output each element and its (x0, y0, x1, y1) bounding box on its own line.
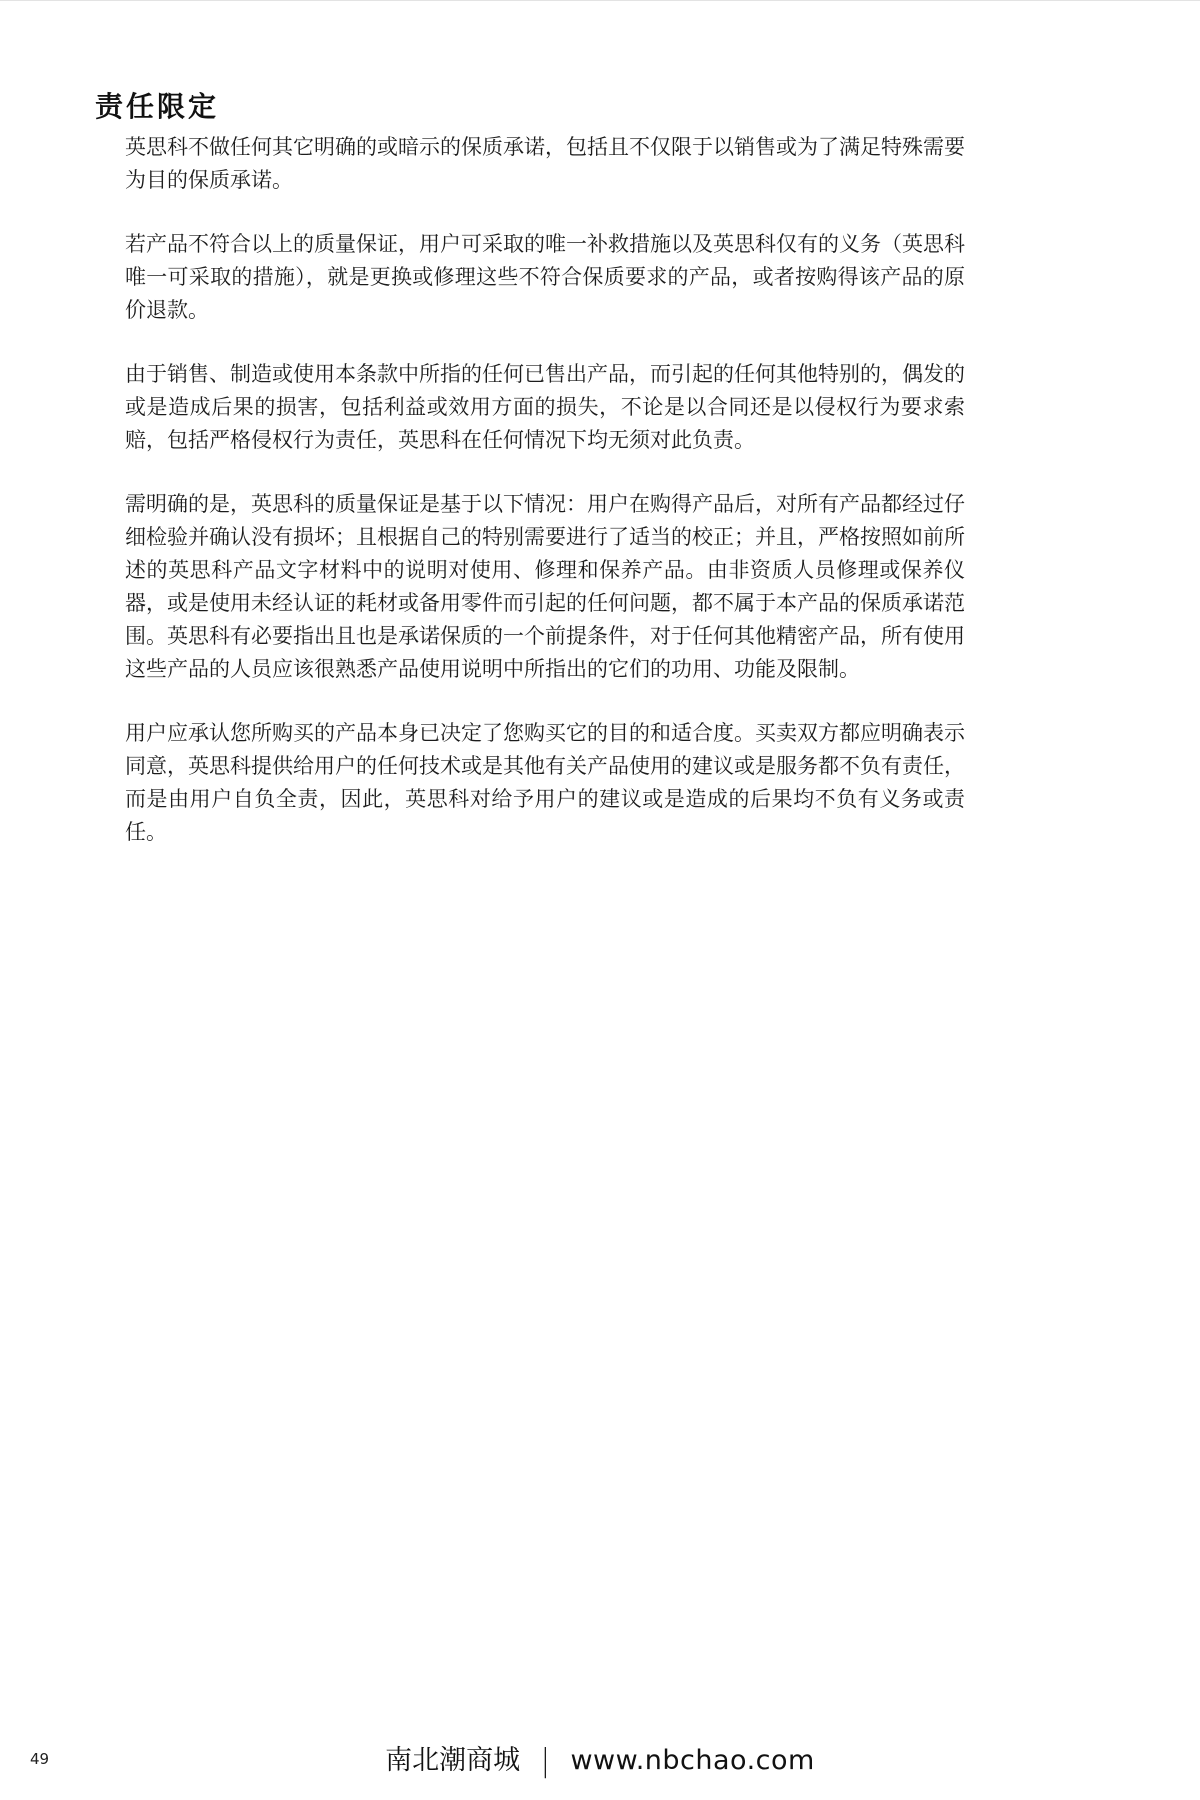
footer-watermark: 南北潮商城 | www.nbchao.com (0, 1738, 1200, 1777)
paragraph-warranty-disclaimer: 英思科不做任何其它明确的或暗示的保质承诺，包括且不仅限于以销售或为了满足特殊需要… (125, 131, 965, 197)
footer-separator: | (541, 1743, 550, 1779)
document-body: 英思科不做任何其它明确的或暗示的保质承诺，包括且不仅限于以销售或为了满足特殊需要… (125, 131, 965, 880)
footer-url-link[interactable]: www.nbchao.com (570, 1745, 814, 1776)
paragraph-user-acknowledgement: 用户应承认您所购买的产品本身已决定了您购买它的目的和适合度。买卖双方都应明确表示… (125, 717, 965, 849)
page-title: 责任限定 (95, 85, 219, 125)
paragraph-damages: 由于销售、制造或使用本条款中所指的任何已售出产品，而引起的任何其他特别的，偶发的… (125, 358, 965, 457)
paragraph-warranty-conditions: 需明确的是，英思科的质量保证是基于以下情况：用户在购得产品后，对所有产品都经过仔… (125, 488, 965, 686)
document-page: 责任限定 英思科不做任何其它明确的或暗示的保质承诺，包括且不仅限于以销售或为了满… (0, 0, 1200, 1800)
paragraph-remedy: 若产品不符合以上的质量保证，用户可采取的唯一补救措施以及英思科仅有的义务（英思科… (125, 228, 965, 327)
footer-brand: 南北潮商城 (385, 1745, 520, 1776)
page-footer: 49 南北潮商城 | www.nbchao.com (0, 1720, 1200, 1800)
